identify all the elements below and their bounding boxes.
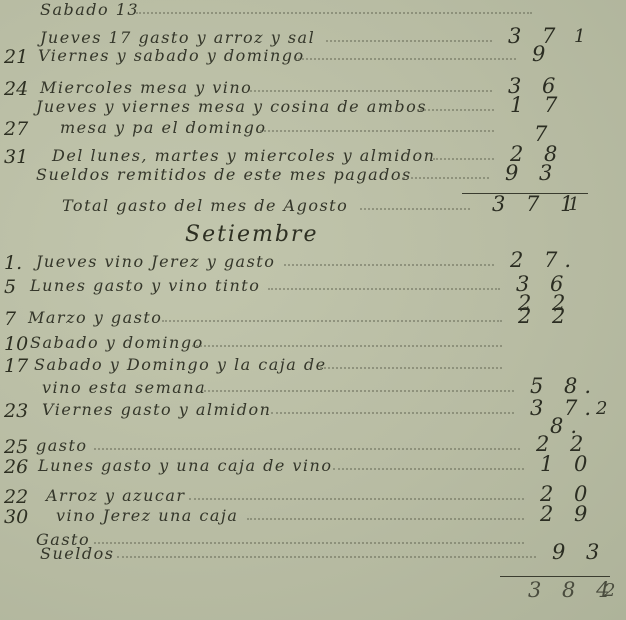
entry-day: 26 xyxy=(4,456,28,478)
entry-day: 7 xyxy=(4,308,16,330)
leader-dots xyxy=(136,12,533,14)
entry-day: 30 xyxy=(4,506,28,528)
entry-day: 21 xyxy=(4,46,28,68)
entry-description: Jueves 17 gasto y arroz y sal xyxy=(40,28,315,47)
leader-dots xyxy=(433,158,495,160)
entry-description: Sabado y domingo xyxy=(30,333,204,352)
entry-description: Lunes gasto y una caja de vino xyxy=(38,456,332,475)
leader-dots xyxy=(284,264,495,266)
entry-description: Sabado y Domingo y la caja de xyxy=(34,355,327,374)
ledger-row: 7Marzo y gasto2 2 xyxy=(0,308,626,332)
entry-description: vino Jerez una caja xyxy=(56,506,238,525)
september-total-rule xyxy=(500,576,610,577)
september-heading: Setiembre xyxy=(185,222,318,247)
leader-dots xyxy=(398,177,490,179)
entry-description: Del lunes, martes y miercoles y almidon xyxy=(52,146,435,165)
september-total-cents: 2 xyxy=(604,580,615,601)
entry-amount: 9 3 xyxy=(552,540,606,564)
ledger-page: Sabado 13Jueves 17 gasto y arroz y sal3 … xyxy=(0,0,626,620)
entry-day: 10 xyxy=(4,333,28,355)
entry-amount: 2 7. xyxy=(510,248,578,272)
entry-description: Viernes gasto y almidon xyxy=(42,400,271,419)
entry-amount: 5 8. xyxy=(530,374,598,398)
entry-description: mesa y pa el domingo xyxy=(60,118,266,137)
september-total-row: 3 8 4 2 xyxy=(0,582,626,606)
august-total-cents: 1 xyxy=(568,194,579,215)
entry-day: 25 xyxy=(4,436,28,458)
leader-dots xyxy=(250,90,493,92)
entry-description: gasto xyxy=(36,436,88,455)
entry-description: vino esta semana xyxy=(42,378,206,397)
leader-dots xyxy=(162,320,503,322)
leader-dots xyxy=(192,345,502,347)
leader-dots xyxy=(268,288,500,290)
leader-dots xyxy=(189,498,524,500)
entry-description: Sueldos xyxy=(40,544,114,563)
entry-description: Jueves vino Jerez y gasto xyxy=(36,252,275,271)
ledger-row: Sueldos9 3 xyxy=(0,544,626,568)
leader-dots xyxy=(326,40,493,42)
ledger-row: Sabado 13 xyxy=(0,0,626,24)
entry-description: Lunes gasto y vino tinto xyxy=(30,276,260,295)
entry-description: Sueldos remitidos de este mes pagados xyxy=(36,165,412,184)
leader-dots xyxy=(204,390,514,392)
ledger-row: 30vino Jerez una caja2 9 xyxy=(0,506,626,530)
entry-day: 27 xyxy=(4,118,28,140)
entry-cents: 1 xyxy=(574,26,585,47)
entry-amount: 1 0 xyxy=(540,452,594,476)
entry-description: Miercoles mesa y vino xyxy=(40,78,252,97)
entry-day: 22 xyxy=(4,486,28,508)
entry-amount: 9 xyxy=(532,42,552,66)
entry-cents: 2 xyxy=(596,398,607,419)
ledger-row: 10Sabado y domingo xyxy=(0,333,626,357)
leader-dots xyxy=(320,367,503,369)
entry-description: Sabado 13 xyxy=(40,0,139,19)
entry-description: Jueves y viernes mesa y cosina de ambos xyxy=(36,97,427,116)
august-total-row: Total gasto del mes de Agosto 3 7 1 1 xyxy=(0,196,626,220)
leader-dots xyxy=(260,130,494,132)
leader-dots xyxy=(295,58,516,60)
leader-dots xyxy=(360,208,470,210)
entry-amount: 2 2 xyxy=(518,304,572,328)
entry-day: 1. xyxy=(4,252,22,274)
ledger-row: 27mesa y pa el domingo xyxy=(0,118,626,142)
entry-amount: 9 3 xyxy=(505,161,559,185)
entry-description: Arroz y azucar xyxy=(46,486,186,505)
leader-dots xyxy=(117,556,537,558)
entry-description: Marzo y gasto xyxy=(28,308,162,327)
entry-day: 17 xyxy=(4,355,28,377)
ledger-row: 26Lunes gasto y una caja de vino1 0 xyxy=(0,456,626,480)
leader-dots xyxy=(271,412,515,414)
leader-dots xyxy=(417,109,495,111)
august-total-label: Total gasto del mes de Agosto xyxy=(62,196,348,215)
entry-amount: 2 9 xyxy=(540,502,594,526)
ledger-row: Sueldos remitidos de este mes pagados9 3 xyxy=(0,165,626,189)
leader-dots xyxy=(94,448,521,450)
leader-dots xyxy=(247,518,525,520)
leader-dots xyxy=(333,468,524,470)
entry-amount: 1 7 xyxy=(510,93,564,117)
ledger-row: 21Viernes y sabado y domingo9 xyxy=(0,46,626,70)
entry-description: Viernes y sabado y domingo xyxy=(38,46,305,65)
